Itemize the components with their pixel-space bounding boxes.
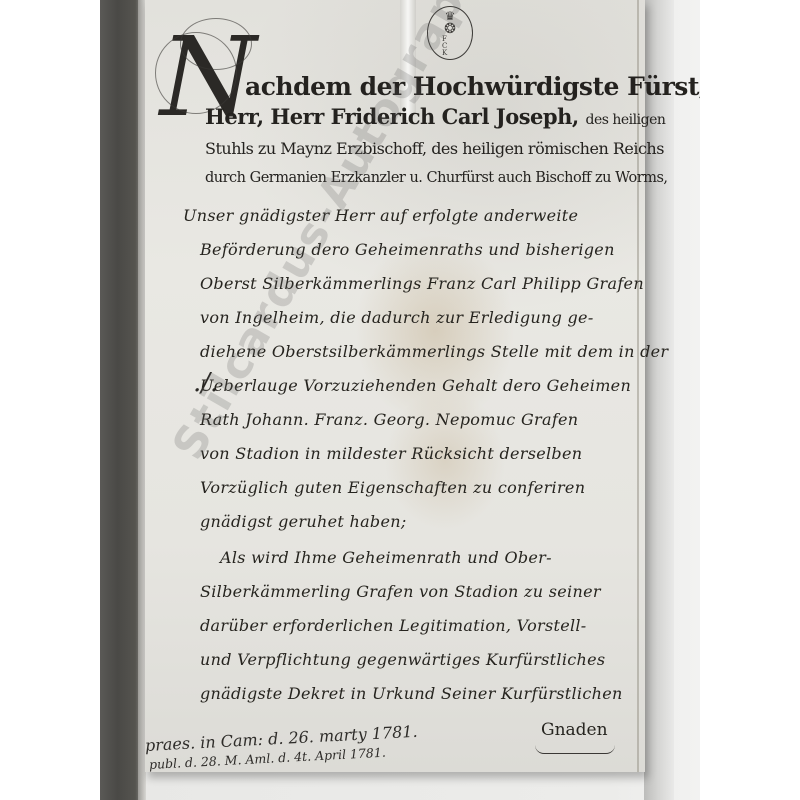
heading-line-2-tail: des heiligen bbox=[585, 112, 665, 128]
body-line: gnädigst geruhet haben; bbox=[200, 512, 407, 531]
body-line: Als wird Ihme Geheimenrath und Ober- bbox=[220, 548, 552, 567]
heading-line-4: durch Germanien Erzkanzler u. Churfürst … bbox=[205, 170, 668, 186]
body-line: und Verpflichtung gegenwärtiges Kurfürst… bbox=[200, 650, 605, 669]
manuscript-page: ♛ ❂ F C K N achdem der Hochwürdigste Für… bbox=[145, 0, 645, 772]
heading-line-3: Stuhls zu Maynz Erzbischoff, des heilige… bbox=[205, 139, 664, 158]
body-line: von Stadion in mildester Rücksicht derse… bbox=[200, 444, 582, 463]
heading-line-1: achdem der Hochwürdigste Fürst, und bbox=[245, 72, 700, 101]
body-line: Vorzüglich guten Eigenschaften zu confer… bbox=[200, 478, 585, 497]
closing-flourish bbox=[535, 745, 615, 754]
body-line: darüber erforderlichen Legitimation, Vor… bbox=[200, 616, 587, 635]
closing-word: Gnaden bbox=[541, 720, 608, 740]
body-line: Rath Johann. Franz. Georg. Nepomuc Grafe… bbox=[200, 410, 578, 429]
body-line: Beförderung dero Geheimenraths und bishe… bbox=[200, 240, 615, 259]
body-line: Unser gnädigster Herr auf erfolgte ander… bbox=[183, 206, 578, 225]
document-photo: ♛ ❂ F C K N achdem der Hochwürdigste Für… bbox=[100, 0, 700, 800]
body-line: Silberkämmerling Grafen von Stadion zu s… bbox=[200, 582, 601, 601]
body-line: Ueberlauge Vorzuziehenden Gehalt dero Ge… bbox=[200, 376, 631, 395]
heading-line-2: Herr, Herr Friderich Carl Joseph, des he… bbox=[205, 104, 665, 129]
body-line: gnädigste Dekret in Urkund Seiner Kurfür… bbox=[200, 684, 623, 703]
